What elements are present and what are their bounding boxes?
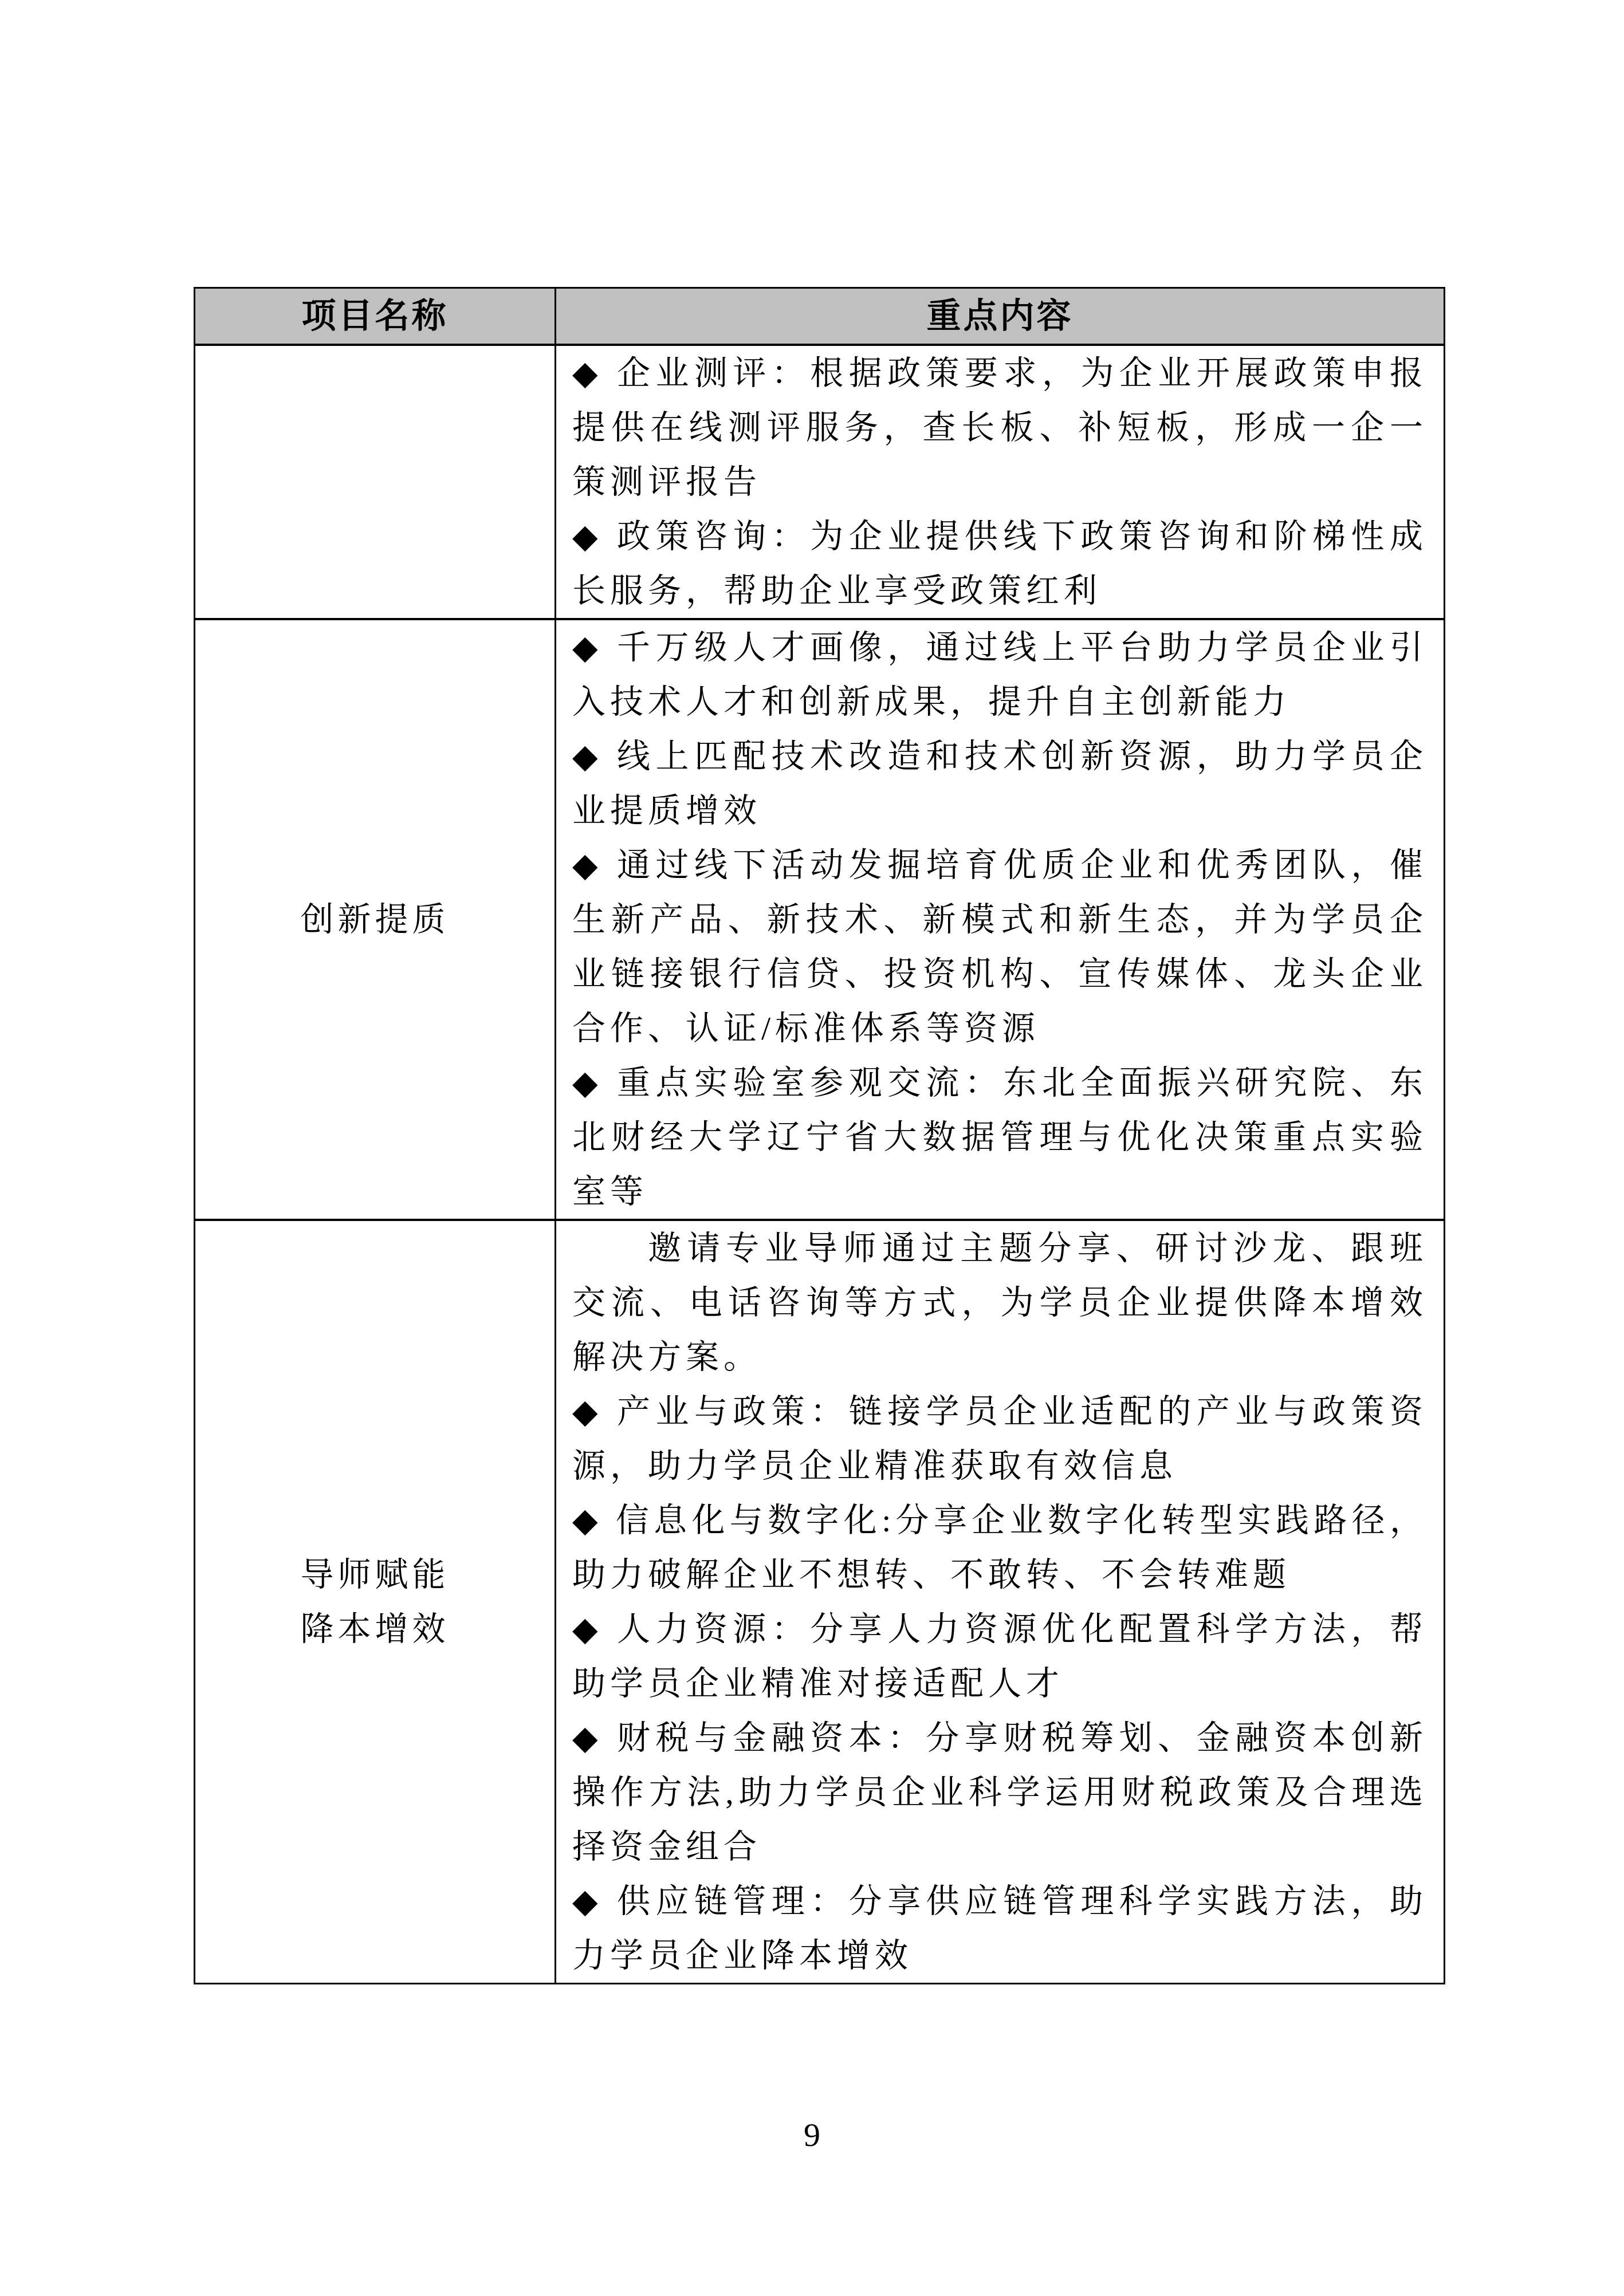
bullet-paragraph-lab-visits: ◆ 重点实验室参观交流：东北全面振兴研究院、东北财经大学辽宁省大数据管理与优化决… [572, 1056, 1428, 1219]
bullet-paragraph-enterprise-assessment: ◆ 企业测评：根据政策要求，为企业开展政策申报提供在线测评服务，查长板、补短板，… [572, 346, 1428, 509]
bullet-paragraph-talent-profile: ◆ 千万级人才画像，通过线上平台助力学员企业引入技术人才和创新成果，提升自主创新… [572, 620, 1428, 729]
bullet-paragraph-finance-tax-capital: ◆ 财税与金融资本：分享财税筹划、金融资本创新操作方法,助力学员企业科学运用财税… [572, 1711, 1428, 1874]
bullet-paragraph-human-resources: ◆ 人力资源：分享人力资源优化配置科学方法，帮助学员企业精准对接适配人才 [572, 1602, 1428, 1711]
bullet-paragraph-industry-policy: ◆ 产业与政策：链接学员企业适配的产业与政策资源，助力学员企业精准获取有效信息 [572, 1384, 1428, 1493]
intro-paragraph-mentor: 邀请专业导师通过主题分享、研讨沙龙、跟班交流、电话咨询等方式，为学员企业提供降本… [572, 1221, 1428, 1384]
project-name-cell-mentor: 导师赋能 降本增效 [195, 1221, 556, 1983]
key-content-cell: ◆ 千万级人才画像，通过线上平台助力学员企业引入技术人才和创新成果，提升自主创新… [556, 620, 1444, 1219]
bullet-paragraph-supply-chain: ◆ 供应链管理：分享供应链管理科学实践方法，助力学员企业降本增效 [572, 1874, 1428, 1983]
header-cell-key-content: 重点内容 [556, 289, 1444, 344]
project-name-cell-innovation: 创新提质 [195, 620, 556, 1219]
page-number: 9 [0, 2112, 1624, 2158]
project-name-cell-empty [195, 346, 556, 618]
bullet-paragraph-offline-activities: ◆ 通过线下活动发掘培育优质企业和优秀团队，催生新产品、新技术、新模式和新生态，… [572, 838, 1428, 1056]
bullet-paragraph-informatization-digitalization: ◆ 信息化与数字化:分享企业数字化转型实践路径，助力破解企业不想转、不敢转、不会… [572, 1493, 1428, 1602]
bullet-paragraph-online-matching: ◆ 线上匹配技术改造和技术创新资源，助力学员企业提质增效 [572, 729, 1428, 838]
key-content-cell: 邀请专业导师通过主题分享、研讨沙龙、跟班交流、电话咨询等方式，为学员企业提供降本… [556, 1221, 1444, 1983]
table-row-innovation-upgrade: 创新提质 ◆ 千万级人才画像，通过线上平台助力学员企业引入技术人才和创新成果，提… [195, 618, 1444, 1219]
header-cell-project-name: 项目名称 [195, 289, 556, 344]
table-header-row: 项目名称 重点内容 [195, 289, 1444, 344]
table-row-mentor-empowerment: 导师赋能 降本增效 邀请专业导师通过主题分享、研讨沙龙、跟班交流、电话咨询等方式… [195, 1219, 1444, 1983]
key-content-cell: ◆ 企业测评：根据政策要求，为企业开展政策申报提供在线测评服务，查长板、补短板，… [556, 346, 1444, 618]
project-table: 项目名称 重点内容 ◆ 企业测评：根据政策要求，为企业开展政策申报提供在线测评服… [194, 287, 1445, 1984]
bullet-paragraph-policy-consulting: ◆ 政策咨询：为企业提供线下政策咨询和阶梯性成长服务，帮助企业享受政策红利 [572, 509, 1428, 618]
table-row-policy-services: ◆ 企业测评：根据政策要求，为企业开展政策申报提供在线测评服务，查长板、补短板，… [195, 344, 1444, 618]
document-page: 项目名称 重点内容 ◆ 企业测评：根据政策要求，为企业开展政策申报提供在线测评服… [0, 0, 1624, 2296]
